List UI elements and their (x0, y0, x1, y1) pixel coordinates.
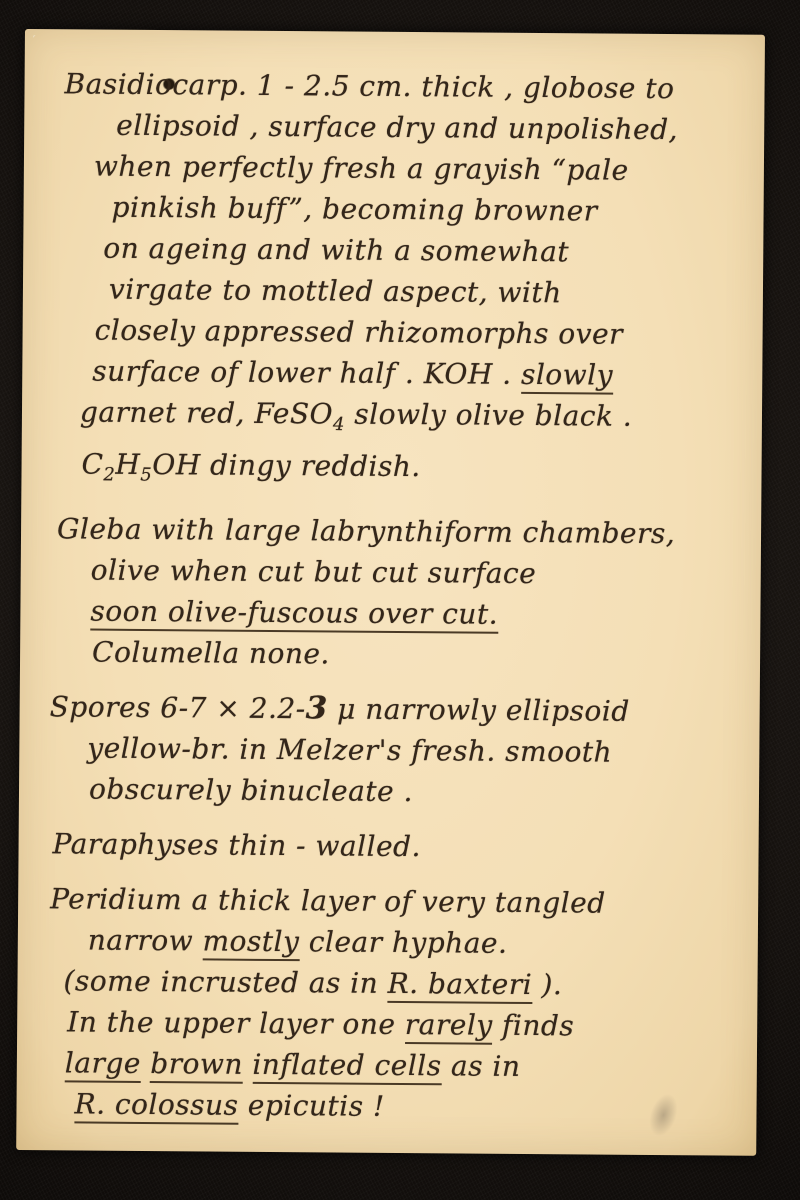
word-segment: when perfectly fresh a grayish “pale (94, 150, 629, 187)
underlined-word: soon olive-fuscous over cut. (90, 595, 498, 634)
word-segment: on ageing and with a somewhat (103, 232, 569, 269)
underlined-word: rarely (405, 1008, 493, 1045)
handwritten-line: narrow mostly clear hyphae. (48, 919, 732, 965)
word-segment: μ narrowly ellipsoid (328, 693, 630, 728)
underlined-word: inflated cells (252, 1048, 441, 1085)
photo-background: { "palette": { "background": "#171310", … (0, 0, 800, 1200)
handwritten-line: soon olive-fuscous over cut. (50, 590, 734, 636)
handwritten-line: In the upper layer one rarely finds (47, 1001, 731, 1047)
handwritten-line: ellipsoid , surface dry and unpolished, (54, 104, 738, 150)
paragraph: Peridium a thick layer of very tangledna… (46, 878, 732, 1129)
handwritten-line: Peridium a thick layer of very tangled (48, 878, 732, 924)
word-segment: Peridium a thick layer of very tangled (50, 882, 606, 919)
handwritten-line: obscurely binucleate . (49, 768, 733, 814)
handwritten-line: on ageing and with a somewhat (53, 227, 737, 273)
word-segment: yellow-br. in Melzer's fresh. smooth (87, 732, 612, 769)
word-segment: 5 (140, 464, 152, 485)
handwritten-line: closely appressed rhizomorphs over (52, 309, 736, 355)
paragraph: Paraphyses thin - walled. (48, 823, 732, 869)
word-segment: surface of lower half . KOH . (92, 355, 521, 391)
word-segment: 3 (306, 690, 328, 726)
handwritten-line: garnet red, FeSO4 slowly olive black . (52, 391, 736, 448)
word-segment: Spores 6-7 × 2.2- (50, 690, 306, 725)
word-segment (243, 1048, 253, 1081)
word-segment: ). (532, 968, 562, 1001)
handwritten-line: R. colossus epicutis ! (46, 1083, 730, 1129)
word-segment: narrow (88, 924, 203, 958)
word-segment: Paraphyses thin - walled. (52, 827, 421, 863)
handwritten-line: surface of lower half . KOH . slowly (52, 350, 736, 396)
word-segment: closely appressed rhizomorphs over (95, 314, 624, 351)
word-segment: 2 (103, 464, 115, 485)
handwritten-line: large brown inflated cells as in (47, 1042, 731, 1088)
underlined-word: slowly (521, 358, 613, 395)
handwritten-line: Paraphyses thin - walled. (48, 823, 732, 869)
word-segment: epicutis ! (238, 1089, 385, 1123)
handwritten-line: when perfectly fresh a grayish “pale (54, 145, 738, 191)
underlined-word: large (65, 1047, 141, 1084)
handwritten-line: Spores 6-7 × 2.2-3 μ narrowly ellipsoid (50, 686, 734, 732)
word-segment: Columella none. (92, 636, 330, 671)
word-segment: pinkish buff”, becoming browner (111, 191, 597, 228)
word-segment: finds (493, 1009, 575, 1043)
handwritten-line: virgate to mottled aspect, with (53, 268, 737, 314)
word-segment: slowly olive black . (345, 398, 633, 433)
word-segment: as in (441, 1049, 520, 1083)
word-segment: H (115, 447, 140, 480)
word-segment: Basidiocarp. 1 - 2.5 cm. thick , globose… (64, 67, 674, 105)
paragraph: Spores 6-7 × 2.2-3 μ narrowly ellipsoidy… (49, 686, 734, 814)
underlined-word: mostly (202, 925, 299, 962)
word-segment: (some incrusted as in (63, 965, 387, 1001)
handwritten-line: olive when cut but cut surface (51, 549, 735, 595)
paragraph: Gleba with large labrynthiform chambers,… (50, 508, 735, 677)
paragraph: Basidiocarp. 1 - 2.5 cm. thick , globose… (51, 63, 738, 500)
word-segment: olive when cut but cut surface (91, 554, 537, 590)
underlined-word: R. baxteri (388, 967, 533, 1004)
word-segment: ellipsoid , surface dry and unpolished, (116, 109, 678, 146)
handwritten-line: C2H5OH dingy reddish. (51, 443, 735, 500)
word-segment: garnet red, FeSO (80, 395, 333, 430)
underlined-word: R. colossus (74, 1088, 238, 1125)
word-segment: Gleba with large labrynthiform chambers, (57, 512, 675, 550)
handwritten-line: Basidiocarp. 1 - 2.5 cm. thick , globose… (54, 63, 738, 109)
word-segment: virgate to mottled aspect, with (109, 273, 562, 310)
handwritten-line: Columella none. (50, 631, 734, 677)
word-segment: In the upper layer one (67, 1006, 405, 1042)
handwritten-line: Gleba with large labrynthiform chambers, (51, 508, 735, 554)
handwritten-line: pinkish buff”, becoming browner (53, 186, 737, 232)
word-segment: obscurely binucleate . (89, 773, 413, 809)
word-segment: 4 (333, 414, 345, 435)
handwritten-line: yellow-br. in Melzer's fresh. smooth (49, 727, 733, 773)
handwritten-text: Basidiocarp. 1 - 2.5 cm. thick , globose… (16, 29, 765, 1156)
underlined-word: brown (150, 1047, 243, 1084)
word-segment: C (81, 447, 103, 480)
note-card: Basidiocarp. 1 - 2.5 cm. thick , globose… (16, 29, 765, 1156)
word-segment: OH dingy reddish. (152, 448, 421, 483)
word-segment: clear hyphae. (299, 925, 507, 960)
handwritten-line: (some incrusted as in R. baxteri ). (47, 960, 731, 1006)
